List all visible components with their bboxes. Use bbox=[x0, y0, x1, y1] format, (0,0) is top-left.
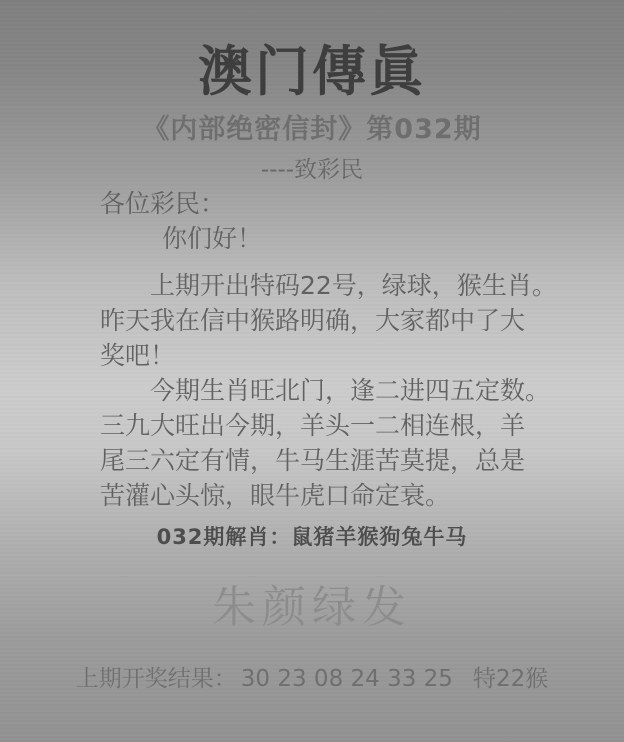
issue-line: 《内部绝密信封》第032期 bbox=[0, 112, 624, 148]
results-special: 特22猴 bbox=[473, 666, 548, 692]
results-label: 上期开奖结果： bbox=[76, 666, 237, 692]
last-draw-results: 上期开奖结果：30 23 08 24 33 25特22猴 bbox=[0, 662, 624, 696]
zodiac-hint-line: 032期解肖：鼠猪羊猴狗兔牛马 bbox=[0, 522, 624, 552]
signature-phrase: 朱颜绿发 bbox=[0, 580, 624, 636]
page-title: 澳门傳眞 bbox=[0, 40, 624, 104]
paragraph-last-draw-recap: 上期开出特码22号，绿球，猴生肖。 昨天我在信中猴路明确，大家都中了大 奖吧！ bbox=[100, 268, 572, 373]
salutation: 各位彩民： bbox=[100, 186, 572, 221]
dedication-line: ----致彩民 bbox=[0, 155, 624, 185]
greeting: 你们好！ bbox=[100, 221, 572, 256]
results-numbers: 30 23 08 24 33 25 bbox=[241, 666, 453, 692]
fax-sheet: 澳门傳眞 《内部绝密信封》第032期 ----致彩民 各位彩民： 你们好！ 上期… bbox=[0, 0, 624, 742]
letter-body: 各位彩民： 你们好！ 上期开出特码22号，绿球，猴生肖。 昨天我在信中猴路明确，… bbox=[100, 186, 572, 513]
paragraph-prediction: 今期生肖旺北门，逢二进四五定数。 三九大旺出今期，羊头一二相连根，羊 尾三六定有… bbox=[100, 373, 572, 513]
